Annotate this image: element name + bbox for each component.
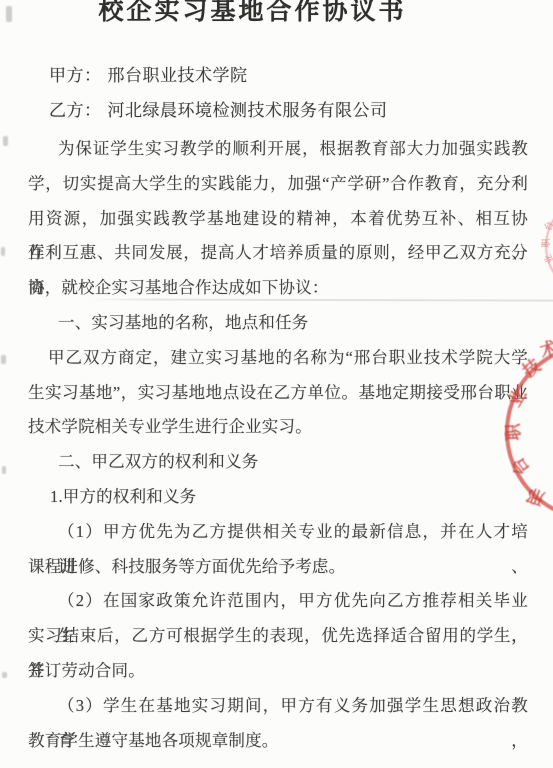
body-line: （2）在国家政策允许范围内，甲方优先向乙方推荐相关毕业生， bbox=[28, 584, 528, 619]
section-heading-1: 一、实习基地的名称，地点和任务 bbox=[28, 306, 528, 341]
party-b-line: 乙方：河北绿晨环境检测技术服务有限公司 bbox=[49, 101, 388, 121]
scan-smudge bbox=[1, 355, 6, 364]
body-line: 学，切实提高大学生的实践能力，加强“产学研”合作教育，充分利 bbox=[28, 167, 528, 202]
body-line: （1）甲方优先为乙方提供相关专业的最新信息，并在人才培训、 bbox=[28, 515, 528, 550]
body-line: 签订劳动合同。 bbox=[28, 654, 528, 689]
body-line: 生实习基地”，实习基地地点设在乙方单位。基地定期接受邢台职业 bbox=[28, 376, 528, 411]
scan-smudge bbox=[2, 466, 6, 474]
scan-smudge bbox=[6, 6, 12, 22]
section-heading-2: 二、甲乙双方的权利和义务 bbox=[28, 445, 528, 480]
body-line: （3）学生在基地实习期间，甲方有义务加强学生思想政治教育， bbox=[28, 689, 528, 724]
scan-smudge bbox=[2, 672, 7, 678]
body-line: 技术学院相关专业学生进行企业实习。 bbox=[28, 410, 528, 445]
faint-seal-character: 业 bbox=[541, 251, 553, 267]
scan-smudge bbox=[1, 247, 5, 256]
scanned-agreement-page: 校企实习基地合作协议书 甲方：邢台职业技术学院 乙方：河北绿晨环境检测技术服务有… bbox=[0, 0, 553, 768]
seal-character: 术 bbox=[537, 338, 553, 363]
document-title: 校企实习基地合作协议书 bbox=[0, 0, 505, 27]
agreement-body: 为保证学生实习教学的顺利开展，根据教育部大力加强实践教 学，切实提高大学生的实践… bbox=[28, 132, 528, 758]
party-b-label: 乙方： bbox=[49, 101, 102, 120]
subsection-heading: 1.甲方的权利和义务 bbox=[28, 480, 528, 515]
body-line: 实习结束后，乙方可根据学生的表现，优先选择适合留用的学生，并 bbox=[28, 619, 528, 654]
party-a-line: 甲方：邢台职业技术学院 bbox=[49, 66, 248, 86]
faint-seal-character: 台 bbox=[541, 218, 553, 234]
scan-smudge bbox=[3, 136, 8, 146]
seal-character: 职 bbox=[503, 421, 524, 442]
body-line: 甲乙双方商定，建立实习基地的名称为“邢台职业技术学院大学 bbox=[28, 341, 528, 376]
body-line: 用资源，加强实践教学基地建设的精神，本着优势互补、相互协作、 bbox=[28, 202, 528, 237]
body-line: 为保证学生实习教学的顺利开展，根据教育部大力加强实践教 bbox=[28, 132, 528, 167]
body-line: 互利互惠、共同发展，提高人才培养质量的原则，经甲乙双方充分协 bbox=[28, 236, 528, 271]
party-a-label: 甲方： bbox=[49, 66, 102, 85]
faint-seal-character: 职 bbox=[540, 237, 552, 249]
party-b-name: 河北绿晨环境检测技术服务有限公司 bbox=[108, 101, 388, 120]
party-a-name: 邢台职业技术学院 bbox=[108, 66, 248, 85]
